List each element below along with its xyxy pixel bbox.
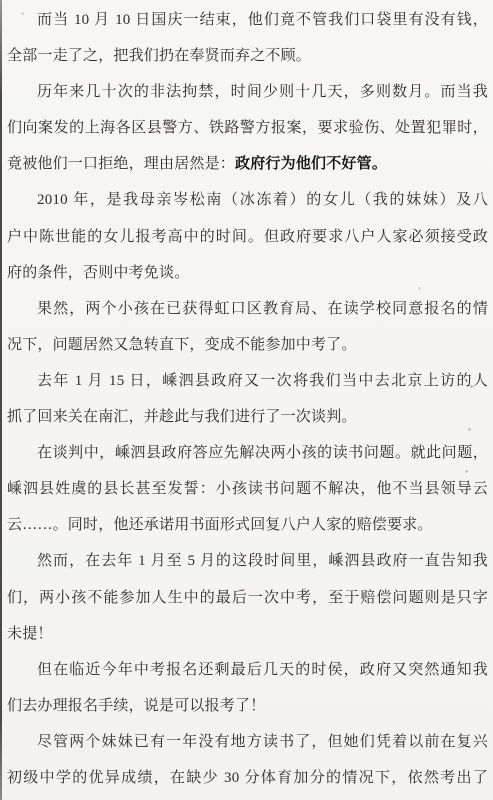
text-line: 然而，在去年 1 月至 5 月的这段时间里，嵊泗县政府一直告知我	[7, 543, 488, 579]
text-segment: 们，两小孩不能参加人生中的最后一次中考，至于赔偿问题则是只字	[7, 590, 488, 606]
text-line: 府的条件，否则中考免谈。	[7, 255, 488, 291]
text-segment: 但在临近今年中考报名还剩最后几天的时侯，政府又突然通知我	[37, 662, 488, 678]
text-segment: 抓了回来关在南汇，并趁此与我们进行了一次谈判。	[7, 409, 357, 425]
text-segment: 2010 年，是我母亲岑松南（冰冻着）的女儿（我的妹妹）及八	[37, 192, 488, 208]
text-segment: 户中陈世能的女儿报考高中的时间。但政府要求八户人家必须接受政	[7, 229, 488, 245]
text-line: 竟被他们一口拒绝，理由居然是：政府行为他们不好管。	[7, 146, 488, 182]
text-segment: 们向案发的上海各区县警方、铁路警方报案，要求验伤、处置犯罪时，	[7, 120, 488, 136]
text-line: 户中陈世能的女儿报考高中的时间。但政府要求八户人家必须接受政	[7, 219, 488, 255]
text-segment: 初级中学的优异成绩，在缺少 30 分体育加分的情况下，依然考出了	[7, 770, 488, 786]
text-segment: 府的条件，否则中考免谈。	[7, 265, 189, 281]
text-segment: 在谈判中，嵊泗县政府答应先解决两小孩的读书问题。就此问题，	[37, 445, 488, 461]
text-line: 在谈判中，嵊泗县政府答应先解决两小孩的读书问题。就此问题，	[7, 435, 488, 471]
text-segment: 云……。同时，他还承诺用书面形式回复八户人家的赔偿要求。	[7, 517, 433, 533]
text-line: 们去办理报名手续，说是可以报考了！	[7, 688, 488, 724]
text-line: 尽管两个妹妹已有一年没有地方读书了，但她们凭着以前在复兴	[7, 724, 488, 760]
text-line: 未提！	[7, 616, 488, 652]
scanned-page: 而当 10 月 10 日国庆一结束，他们竟不管我们口袋里有没有钱，全部一走了之，…	[0, 0, 493, 800]
text-segment: 嵊泗县姓虞的县长甚至发誓：小孩读书问题不解决，他不当县领导云	[7, 481, 488, 497]
emphasized-text: 政府行为他们不好管。	[235, 156, 387, 172]
text-line: 果然，两个小孩在已获得虹口区教育局、在读学校同意报名的情	[7, 291, 488, 327]
text-segment: 竟被他们一口拒绝，理由居然是：	[7, 156, 235, 172]
text-segment: 而当 10 月 10 日国庆一结束，他们竟不管我们口袋里有没有钱，	[37, 12, 488, 28]
text-line: 们，两小孩不能参加人生中的最后一次中考，至于赔偿问题则是只字	[7, 580, 488, 616]
text-line: 去年 1 月 15 日，嵊泗县政府又一次将我们当中去北京上访的人	[7, 363, 488, 399]
text-segment: 然而，在去年 1 月至 5 月的这段时间里，嵊泗县政府一直告知我	[37, 553, 488, 569]
text-segment: 们去办理报名手续，说是可以报考了！	[7, 698, 265, 714]
text-line: 但在临近今年中考报名还剩最后几天的时侯，政府又突然通知我	[7, 652, 488, 688]
text-segment: 未提！	[7, 626, 53, 642]
text-segment: 历年来几十次的非法拘禁，时间少则十几天，多则数月。而当我	[37, 84, 488, 100]
text-line: 而当 10 月 10 日国庆一结束，他们竟不管我们口袋里有没有钱，	[7, 2, 488, 38]
text-line: 嵊泗县姓虞的县长甚至发誓：小孩读书问题不解决，他不当县领导云	[7, 471, 488, 507]
text-line: 2010 年，是我母亲岑松南（冰冻着）的女儿（我的妹妹）及八	[7, 182, 488, 218]
text-line: 历年来几十次的非法拘禁，时间少则十几天，多则数月。而当我	[7, 74, 488, 110]
text-segment: 全部一走了之，把我们扔在奉贤而弃之不顾。	[7, 48, 311, 64]
text-segment: 果然，两个小孩在已获得虹口区教育局、在读学校同意报名的情	[37, 301, 488, 317]
text-line: 抓了回来关在南汇，并趁此与我们进行了一次谈判。	[7, 399, 488, 435]
text-segment: 况下，问题居然又急转直下，变成不能参加中考了。	[7, 337, 357, 353]
text-line: 们向案发的上海各区县警方、铁路警方报案，要求验伤、处置犯罪时，	[7, 110, 488, 146]
text-segment: 去年 1 月 15 日，嵊泗县政府又一次将我们当中去北京上访的人	[37, 373, 488, 389]
document-body: 而当 10 月 10 日国庆一结束，他们竟不管我们口袋里有没有钱，全部一走了之，…	[7, 2, 488, 796]
text-line: 云……。同时，他还承诺用书面形式回复八户人家的赔偿要求。	[7, 507, 488, 543]
text-segment: 尽管两个妹妹已有一年没有地方读书了，但她们凭着以前在复兴	[37, 734, 488, 750]
scan-edge-shadow	[0, 0, 2, 800]
text-line: 全部一走了之，把我们扔在奉贤而弃之不顾。	[7, 38, 488, 74]
text-line: 况下，问题居然又急转直下，变成不能参加中考了。	[7, 327, 488, 363]
text-line: 初级中学的优异成绩，在缺少 30 分体育加分的情况下，依然考出了	[7, 760, 488, 796]
